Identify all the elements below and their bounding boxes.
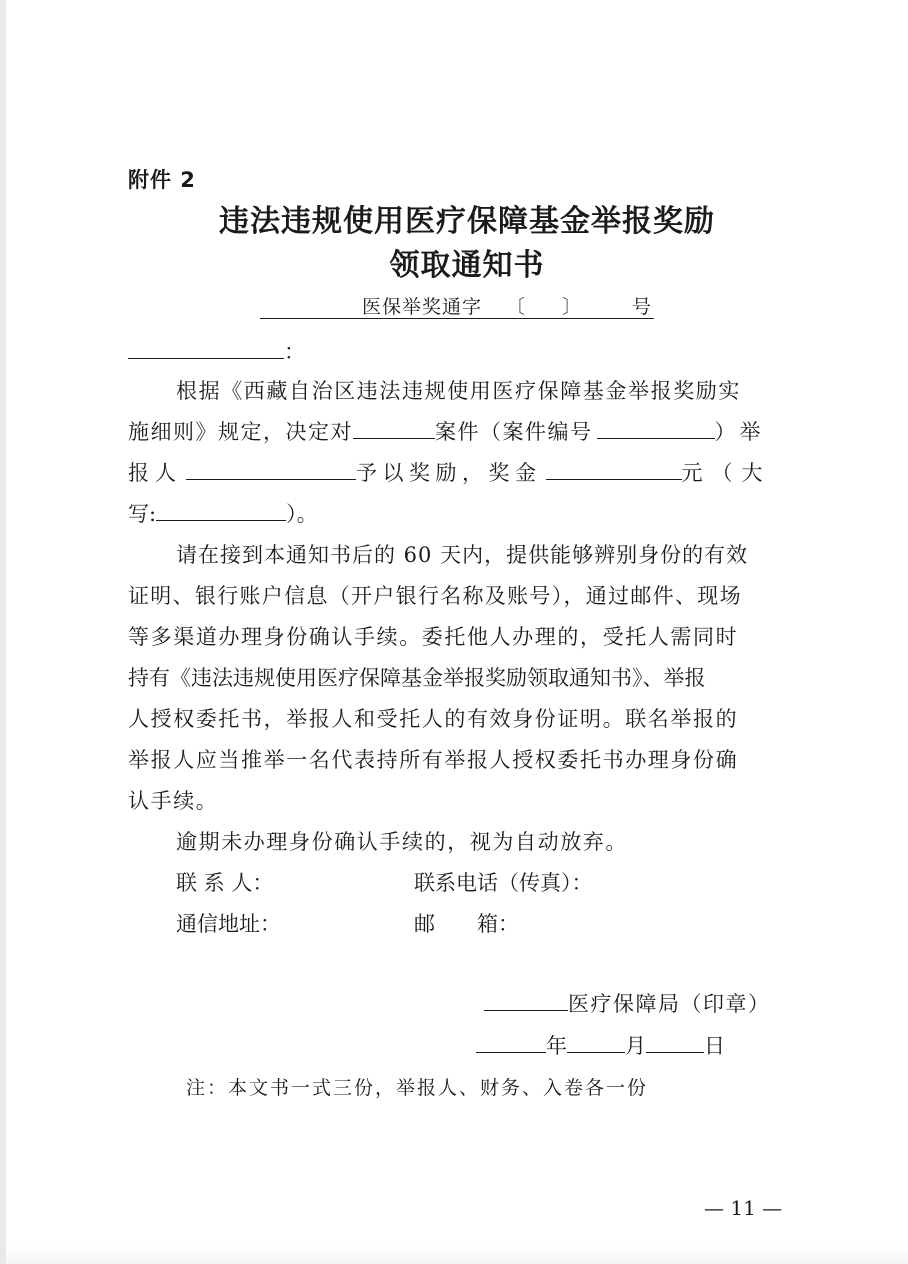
year-label: 年 — [546, 1034, 567, 1058]
page-number: — 11 — — [704, 1196, 782, 1220]
para1-text: 元（大 — [682, 461, 772, 485]
para1-text: 写: — [128, 502, 156, 526]
date-line: 年月日 — [476, 1030, 725, 1060]
day-blank[interactable] — [646, 1032, 704, 1053]
para2-line3: 等多渠道办理身份确认手续。委托他人办理的，受托人需同时 — [128, 621, 738, 651]
doc-number-bracket-close: 〕 — [562, 292, 581, 319]
month-label: 月 — [625, 1034, 646, 1058]
salutation-colon: ： — [284, 340, 305, 364]
case-number-blank[interactable] — [597, 418, 715, 439]
para2-line1: 请在接到本通知书后的 60 天内，提供能够辨别身份的有效 — [176, 539, 748, 569]
year-blank[interactable] — [476, 1032, 546, 1053]
recipient-blank[interactable] — [128, 338, 284, 359]
para1-text: 报人 — [128, 461, 182, 485]
para1-text: ）。 — [286, 502, 318, 526]
para2-line2: 证明、银行账户信息（开户银行名称及账号），通过邮件、现场 — [128, 580, 742, 610]
para2-line6: 举报人应当推举一名代表持所有举报人授权委托书办理身份确 — [128, 744, 738, 774]
para1-text: 案件（案件编号 — [435, 420, 593, 444]
para2-line5: 人授权委托书，举报人和受托人的有效身份证明。联名举报的 — [128, 703, 738, 733]
month-blank[interactable] — [567, 1032, 625, 1053]
bureau-signature: 医疗保障局（印章） — [484, 988, 771, 1018]
para2-line4: 持有《违法违规使用医疗保障基金举报奖励领取通知书》、举报 — [128, 662, 706, 692]
reporter-blank[interactable] — [186, 459, 356, 480]
case-name-blank[interactable] — [353, 418, 435, 439]
para3: 逾期未办理身份确认手续的，视为自动放弃。 — [176, 826, 628, 856]
amount-in-words-blank[interactable] — [156, 500, 286, 521]
contact-address-label: 通信地址： — [176, 908, 281, 938]
salutation-line: ： — [128, 336, 305, 366]
bureau-seal-label: 医疗保障局（印章） — [568, 992, 771, 1016]
para1-line1: 根据《西藏自治区违法违规使用医疗保障基金举报奖励实 — [176, 375, 741, 405]
attachment-label: 附件 2 — [128, 164, 196, 194]
document-title-line2: 领取通知书 — [0, 240, 908, 284]
doc-number-prefix: 医保举奖通字 — [362, 292, 482, 319]
contact-person-label: 联 系 人： — [176, 867, 273, 897]
para2-line7: 认手续。 — [128, 785, 218, 815]
document-title-line1: 违法违规使用医疗保障基金举报奖励 — [0, 196, 908, 240]
reward-amount-blank[interactable] — [546, 459, 682, 480]
para1-text: ）举 — [715, 420, 765, 444]
page-left-edge — [0, 0, 6, 1264]
contact-email-label: 邮 箱： — [414, 908, 519, 938]
footnote: 注：本文书一式三份，举报人、财务、入卷各一份 — [186, 1073, 648, 1100]
page-bottom-edge — [6, 1244, 908, 1264]
para1-text: 予以奖励，奖金 — [356, 461, 542, 485]
document-number: 医保举奖通字 〔 〕 号 — [260, 292, 654, 319]
para1-line4: 写:）。 — [128, 498, 318, 528]
doc-number-suffix: 号 — [632, 292, 651, 319]
contact-phone-label: 联系电话（传真）： — [414, 867, 593, 897]
bureau-name-blank[interactable] — [484, 990, 568, 1011]
para1-text: 施细则》规定，决定对 — [128, 420, 353, 444]
doc-number-bracket-open: 〔 — [506, 292, 525, 319]
day-label: 日 — [704, 1034, 725, 1058]
para1-line3: 报人予以奖励，奖金元（大 — [128, 457, 772, 487]
para1-line2: 施细则》规定，决定对案件（案件编号）举 — [128, 416, 765, 446]
